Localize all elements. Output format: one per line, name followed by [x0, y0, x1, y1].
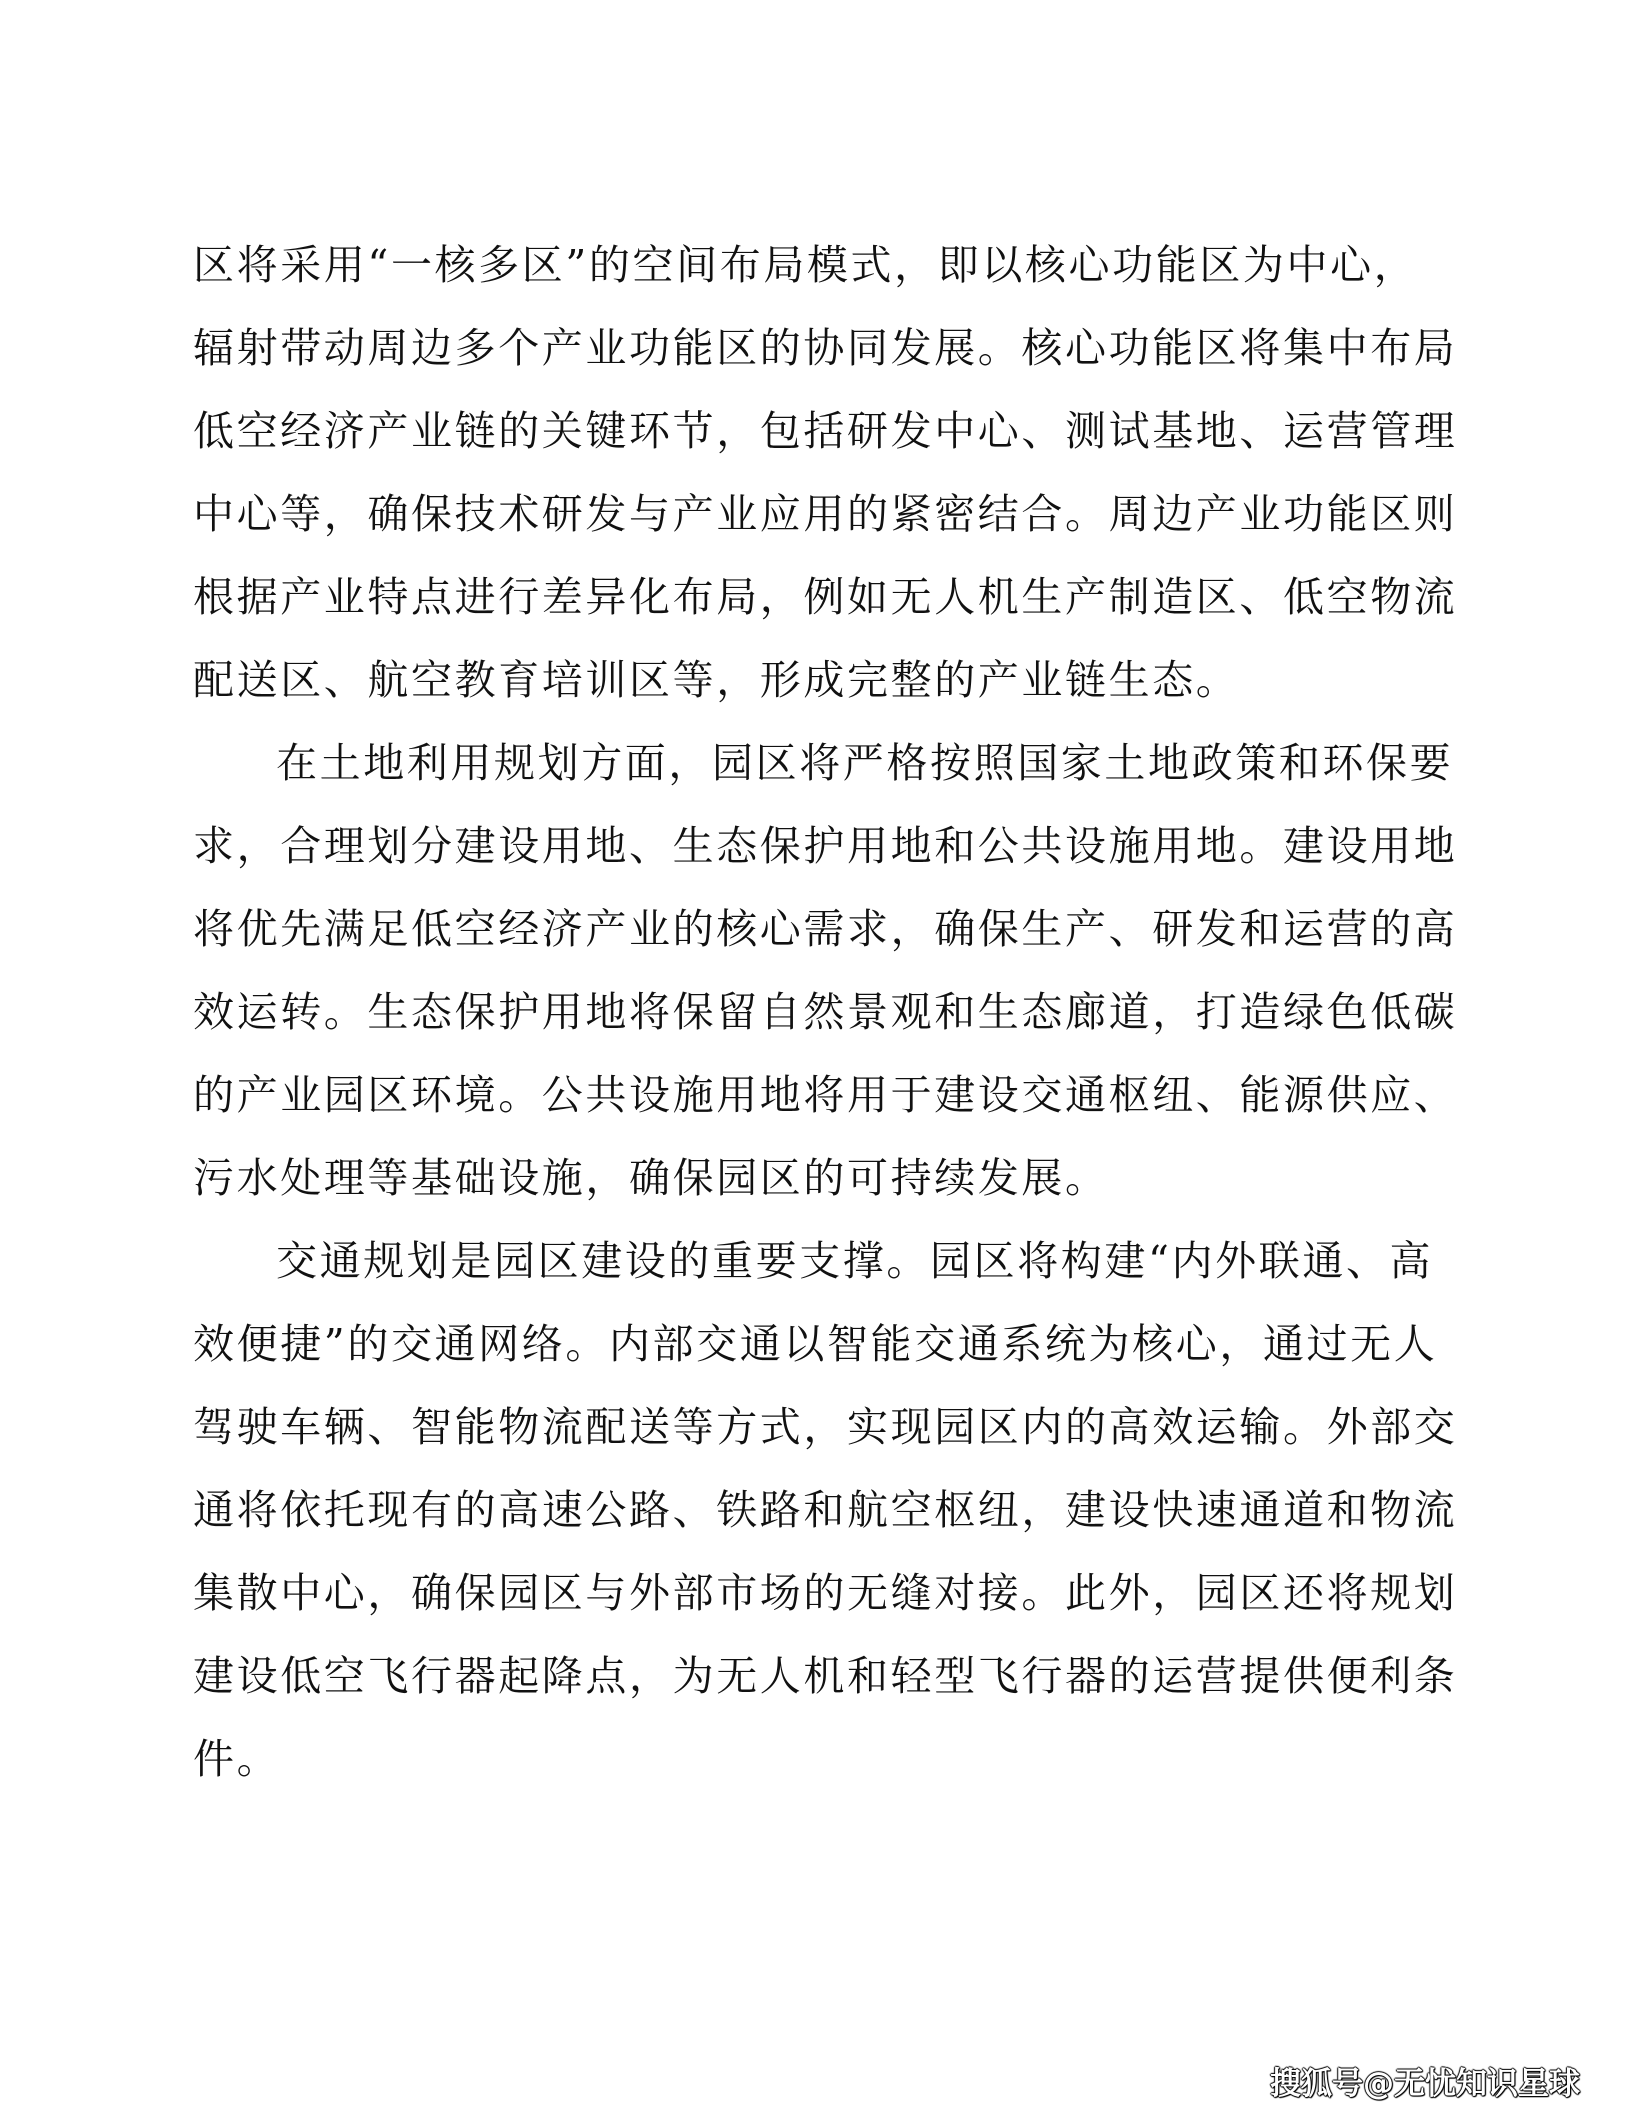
text-line: 区将采用“一核多区”的空间布局模式，即以核心功能区为中心，: [193, 232, 1433, 315]
text-line: 建设低空飞行器起降点，为无人机和轻型飞行器的运营提供便利条: [193, 1643, 1433, 1726]
text-line: 交通规划是园区建设的重要支撑。园区将构建“内外联通、高: [193, 1228, 1433, 1311]
text-line: 根据产业特点进行差异化布局，例如无人机生产制造区、低空物流: [193, 564, 1433, 647]
text-line: 将优先满足低空经济产业的核心需求，确保生产、研发和运营的高: [193, 896, 1433, 979]
text-line: 中心等，确保技术研发与产业应用的紧密结合。周边产业功能区则: [193, 481, 1433, 564]
text-line: 效运转。生态保护用地将保留自然景观和生态廊道，打造绿色低碳: [193, 979, 1433, 1062]
text-line: 低空经济产业链的关键环节，包括研发中心、测试基地、运营管理: [193, 398, 1433, 481]
text-line: 配送区、航空教育培训区等，形成完整的产业链生态。: [193, 647, 1433, 730]
text-line: 求，合理划分建设用地、生态保护用地和公共设施用地。建设用地: [193, 813, 1433, 896]
text-line: 通将依托现有的高速公路、铁路和航空枢纽，建设快速通道和物流: [193, 1477, 1433, 1560]
text-line: 驾驶车辆、智能物流配送等方式，实现园区内的高效运输。外部交: [193, 1394, 1433, 1477]
paragraph: 交通规划是园区建设的重要支撑。园区将构建“内外联通、高 效便捷”的交通网络。内部…: [193, 1228, 1433, 1809]
text-line: 污水处理等基础设施，确保园区的可持续发展。: [193, 1145, 1433, 1228]
document-body: 区将采用“一核多区”的空间布局模式，即以核心功能区为中心， 辐射带动周边多个产业…: [193, 232, 1433, 1809]
text-line: 辐射带动周边多个产业功能区的协同发展。核心功能区将集中布局: [193, 315, 1433, 398]
text-line: 件。: [193, 1726, 1433, 1809]
text-line: 集散中心，确保园区与外部市场的无缝对接。此外，园区还将规划: [193, 1560, 1433, 1643]
watermark: 搜狐号@无忧知识星球: [1270, 2058, 1580, 2103]
text-line: 效便捷”的交通网络。内部交通以智能交通系统为核心，通过无人: [193, 1311, 1433, 1394]
text-line: 在土地利用规划方面，园区将严格按照国家土地政策和环保要: [193, 730, 1433, 813]
paragraph: 区将采用“一核多区”的空间布局模式，即以核心功能区为中心， 辐射带动周边多个产业…: [193, 232, 1433, 730]
text-line: 的产业园区环境。公共设施用地将用于建设交通枢纽、能源供应、: [193, 1062, 1433, 1145]
paragraph: 在土地利用规划方面，园区将严格按照国家土地政策和环保要 求，合理划分建设用地、生…: [193, 730, 1433, 1228]
